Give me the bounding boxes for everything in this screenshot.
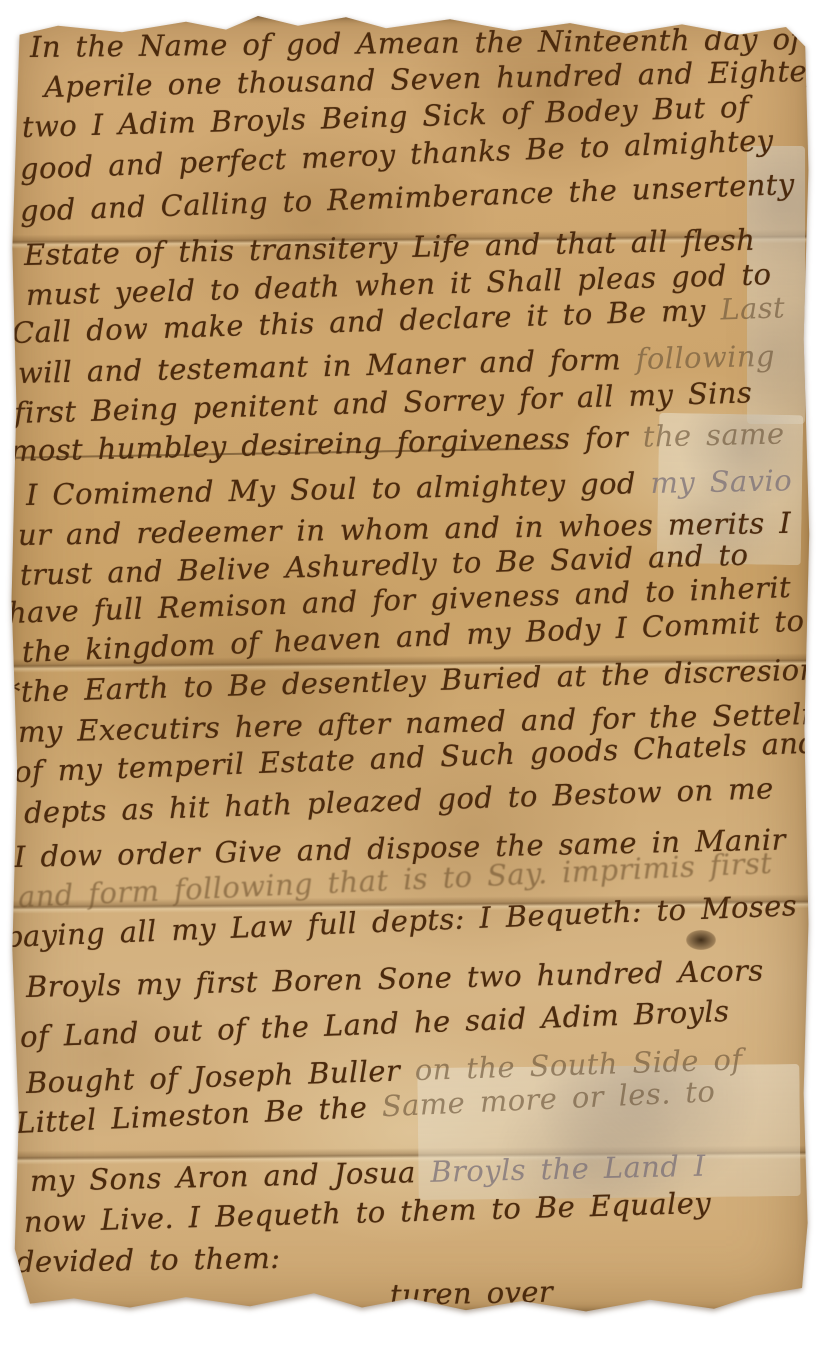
text-segment: my Savio xyxy=(650,463,792,500)
text-segment: following xyxy=(635,339,775,376)
manuscript-page: In the Name of god Amean the Ninteenth d… xyxy=(10,14,810,1314)
text-line: turen over xyxy=(390,1275,554,1312)
text-segment: devided to them: xyxy=(16,1241,281,1279)
text-segment: my Sons Aron and Josua xyxy=(30,1155,431,1198)
text-segment: I Comimend My Soul to almightey god xyxy=(26,466,651,512)
text-segment: turen over xyxy=(390,1275,554,1312)
text-segment: Last xyxy=(720,290,786,326)
manuscript-page-wrap: In the Name of god Amean the Ninteenth d… xyxy=(0,0,840,1358)
text-segment: the same xyxy=(642,416,784,453)
manuscript-text: In the Name of god Amean the Ninteenth d… xyxy=(10,14,810,1314)
text-line: I Comimend My Soul to almightey god my S… xyxy=(26,463,793,512)
text-line: of Land out of the Land he said Adim Bro… xyxy=(19,994,729,1054)
text-segment: Broyls the Land I xyxy=(430,1149,706,1189)
text-segment: of Land out of the Land he said Adim Bro… xyxy=(19,994,729,1054)
scan-background: { "document": { "kind": "handwritten man… xyxy=(0,0,840,1358)
text-line: devided to them: xyxy=(16,1241,281,1279)
